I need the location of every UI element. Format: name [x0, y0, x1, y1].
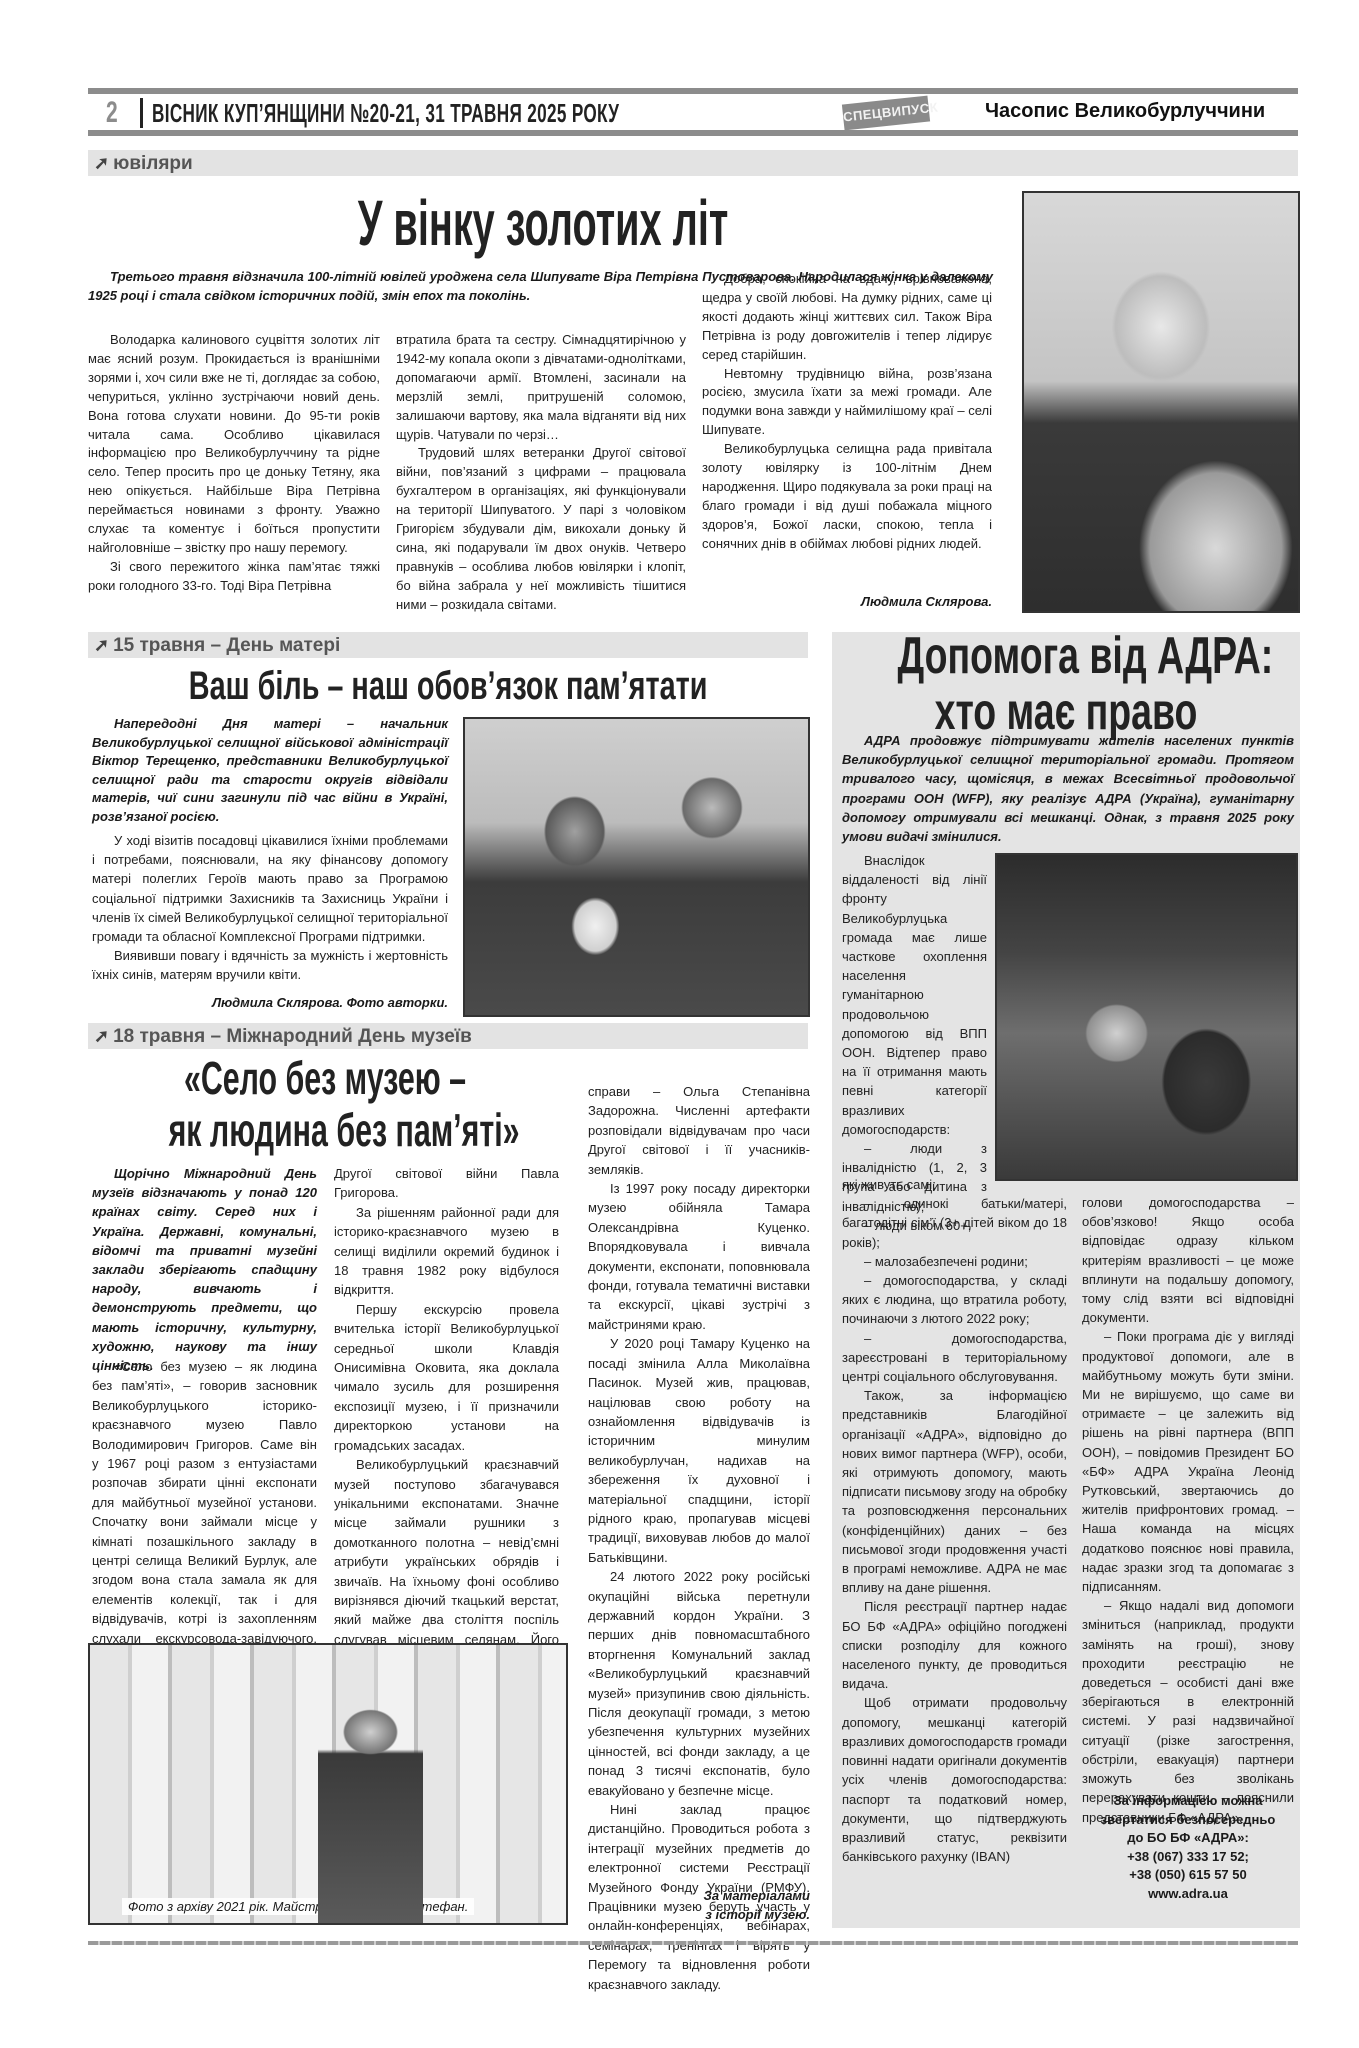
paragraph: Невтомну трудівницю війна, розв’язана ро… — [702, 365, 992, 441]
rubric-jubilee: ➚ювіляри — [88, 150, 1298, 176]
article-headline: Допомога від АДРА: хто має право — [898, 628, 1235, 740]
contact-website-link[interactable]: www.adra.ua — [1082, 1885, 1294, 1904]
paragraph: втратила брата та сестру. Сімнадцятирічн… — [396, 331, 686, 444]
article-body: У ході візитів посадовці цікавилися їхні… — [92, 831, 448, 985]
paragraph: Із 1997 року посаду директорки музею обі… — [588, 1179, 810, 1334]
adra-column-right: голови домогосподарства – обов’язково! Я… — [1082, 1193, 1294, 1827]
article-lead: Напередодні Дня матері – начальник Велик… — [92, 715, 448, 826]
paragraph: 24 лютого 2022 року російські окупаційні… — [588, 1567, 810, 1800]
article-signature: Людмила Склярова. Фото авторки. — [92, 995, 448, 1010]
paragraph: Зі свого пережитого жінка пам’ятає тяжкі… — [88, 558, 380, 596]
lead-text: АДРА продовжує підтримувати жителів насе… — [842, 731, 1294, 846]
paragraph: Після реєстрації партнер надає БО БФ «АД… — [842, 1597, 1067, 1693]
rubric-mothers-day: ➚15 травня – День матері — [88, 632, 808, 658]
list-item: – малозабезпечені родини; — [842, 1252, 1067, 1271]
page-number: 2 — [106, 96, 118, 130]
arrow-up-right-icon: ➚ — [94, 1026, 109, 1046]
headline-line: як людина без пам’яті» — [169, 1104, 482, 1156]
museum-column-3: справи – Ольга Степанівна Задорожна. Чис… — [588, 1082, 810, 1994]
photo-mothers-visit — [463, 717, 810, 1017]
header-top-rule — [88, 88, 1298, 94]
photo-elderly-woman — [1022, 191, 1300, 613]
headline-line: «Село без музею – — [169, 1052, 482, 1104]
newspaper-title: ВІСНИК КУП’ЯНЩИНИ №20-21, 31 ТРАВНЯ 2025… — [152, 98, 619, 129]
contact-phone[interactable]: +38 (050) 615 57 50 — [1082, 1866, 1294, 1885]
header-divider — [140, 98, 143, 128]
lead-text: Напередодні Дня матері – начальник Велик… — [92, 715, 448, 826]
paragraph: Великобурлуцька селищна рада привітала з… — [702, 440, 992, 553]
paragraph: У ході візитів посадовці цікавилися їхні… — [92, 831, 448, 946]
photo-museum-craftswoman: Фото з архіву 2021 рік. Майстриня Світла… — [88, 1643, 568, 1925]
adra-contact-block: За інформацією можна звертатися безпосер… — [1082, 1792, 1294, 1903]
photo-adra-registration — [995, 853, 1298, 1181]
header-bottom-rule — [88, 130, 1298, 136]
paragraph: У 2020 році Тамару Куценко на посаді змі… — [588, 1334, 810, 1567]
contact-text: до БО БФ «АДРА»: — [1082, 1829, 1294, 1848]
article-headline: Ваш біль – наш обов’язок пам’ятати — [189, 664, 707, 709]
footer-dotted-rule — [88, 1941, 1298, 1945]
signature-line: з історії музею. — [588, 1905, 810, 1924]
paragraph: Володарка калинового суцвіття золотих лі… — [88, 331, 380, 558]
paragraph: Щоб отримати продовольчу допомогу, мешка… — [842, 1693, 1067, 1866]
museum-column-1: «Село без музею – як людина без пам’яті»… — [92, 1357, 317, 1668]
article-signature: Людмила Склярова. — [702, 594, 992, 609]
paragraph: Внаслідок віддаленості від лінії фронту … — [842, 851, 987, 1139]
rubric-label: ювіляри — [113, 153, 193, 174]
arrow-up-right-icon: ➚ — [94, 635, 109, 655]
newspaper-tagline: Часопис Великобурлуччини — [985, 100, 1265, 123]
paragraph: За рішенням районної ради для історико-к… — [334, 1203, 559, 1300]
article-headline: «Село без музею – як людина без пам’яті» — [169, 1052, 482, 1156]
rubric-museum-day: ➚18 травня – Міжнародний День музеїв — [88, 1023, 808, 1049]
article-headline: У вінку золотих літ — [261, 186, 825, 260]
article-signature: За матеріалами з історії музею. — [588, 1886, 810, 1924]
museum-column-2: Другої світової війни Павла Григорова. З… — [334, 1164, 559, 1688]
arrow-up-right-icon: ➚ — [94, 153, 109, 173]
photo-caption: Фото з архіву 2021 рік. Майстриня Світла… — [122, 1898, 474, 1915]
contact-phone[interactable]: +38 (067) 333 17 52; — [1082, 1848, 1294, 1867]
paragraph: Трудовий шлях ветеранки Другої світової … — [396, 444, 686, 614]
paragraph: «Село без музею – як людина без пам’яті»… — [92, 1357, 317, 1668]
contact-text: звертатися безпосередньо — [1082, 1811, 1294, 1830]
list-item: – одинокі батьки/матері, багатодітні сім… — [842, 1194, 1067, 1252]
lead-text: Щорічно Міжнародний День музеїв відзнача… — [92, 1164, 317, 1375]
adra-column-left: які живуть самі; – одинокі батьки/матері… — [842, 1175, 1067, 1866]
list-item: – домогосподарства, у складі яких є люди… — [842, 1271, 1067, 1329]
headline-line: Допомога від АДРА: — [898, 628, 1235, 684]
paragraph: голови домогосподарства – обов’язково! Я… — [1082, 1193, 1294, 1327]
rubric-label: 15 травня – День матері — [113, 635, 340, 656]
article-lead: Щорічно Міжнародний День музеїв відзнача… — [92, 1164, 317, 1375]
list-item: – домогосподарства, зареєстровані в тери… — [842, 1329, 1067, 1387]
article-column-1: Володарка калинового суцвіття золотих лі… — [88, 331, 380, 596]
paragraph: Виявивши повагу і вдячність за мужність … — [92, 946, 448, 984]
paragraph: справи – Ольга Степанівна Задорожна. Чис… — [588, 1082, 810, 1179]
rubric-label: 18 травня – Міжнародний День музеїв — [113, 1026, 472, 1047]
article-column-2: втратила брата та сестру. Сімнадцятирічн… — [396, 331, 686, 615]
contact-text: За інформацією можна — [1082, 1792, 1294, 1811]
paragraph: – Поки програма діє у вигляді продуктово… — [1082, 1327, 1294, 1596]
paragraph: які живуть самі; — [842, 1175, 1067, 1194]
paragraph: Добра, спокійна на вдачу, врівноважена, … — [702, 270, 992, 365]
article-column-3: Добра, спокійна на вдачу, врівноважена, … — [702, 270, 992, 554]
signature-line: За матеріалами — [588, 1886, 810, 1905]
paragraph: Другої світової війни Павла Григорова. — [334, 1164, 559, 1203]
article-lead: АДРА продовжує підтримувати жителів насе… — [842, 731, 1294, 846]
paragraph: Першу екскурсію провела вчителька історі… — [334, 1300, 559, 1455]
paragraph: Також, за інформацією представників Благ… — [842, 1386, 1067, 1597]
special-issue-badge: СПЕЦВИПУСК — [842, 96, 930, 131]
